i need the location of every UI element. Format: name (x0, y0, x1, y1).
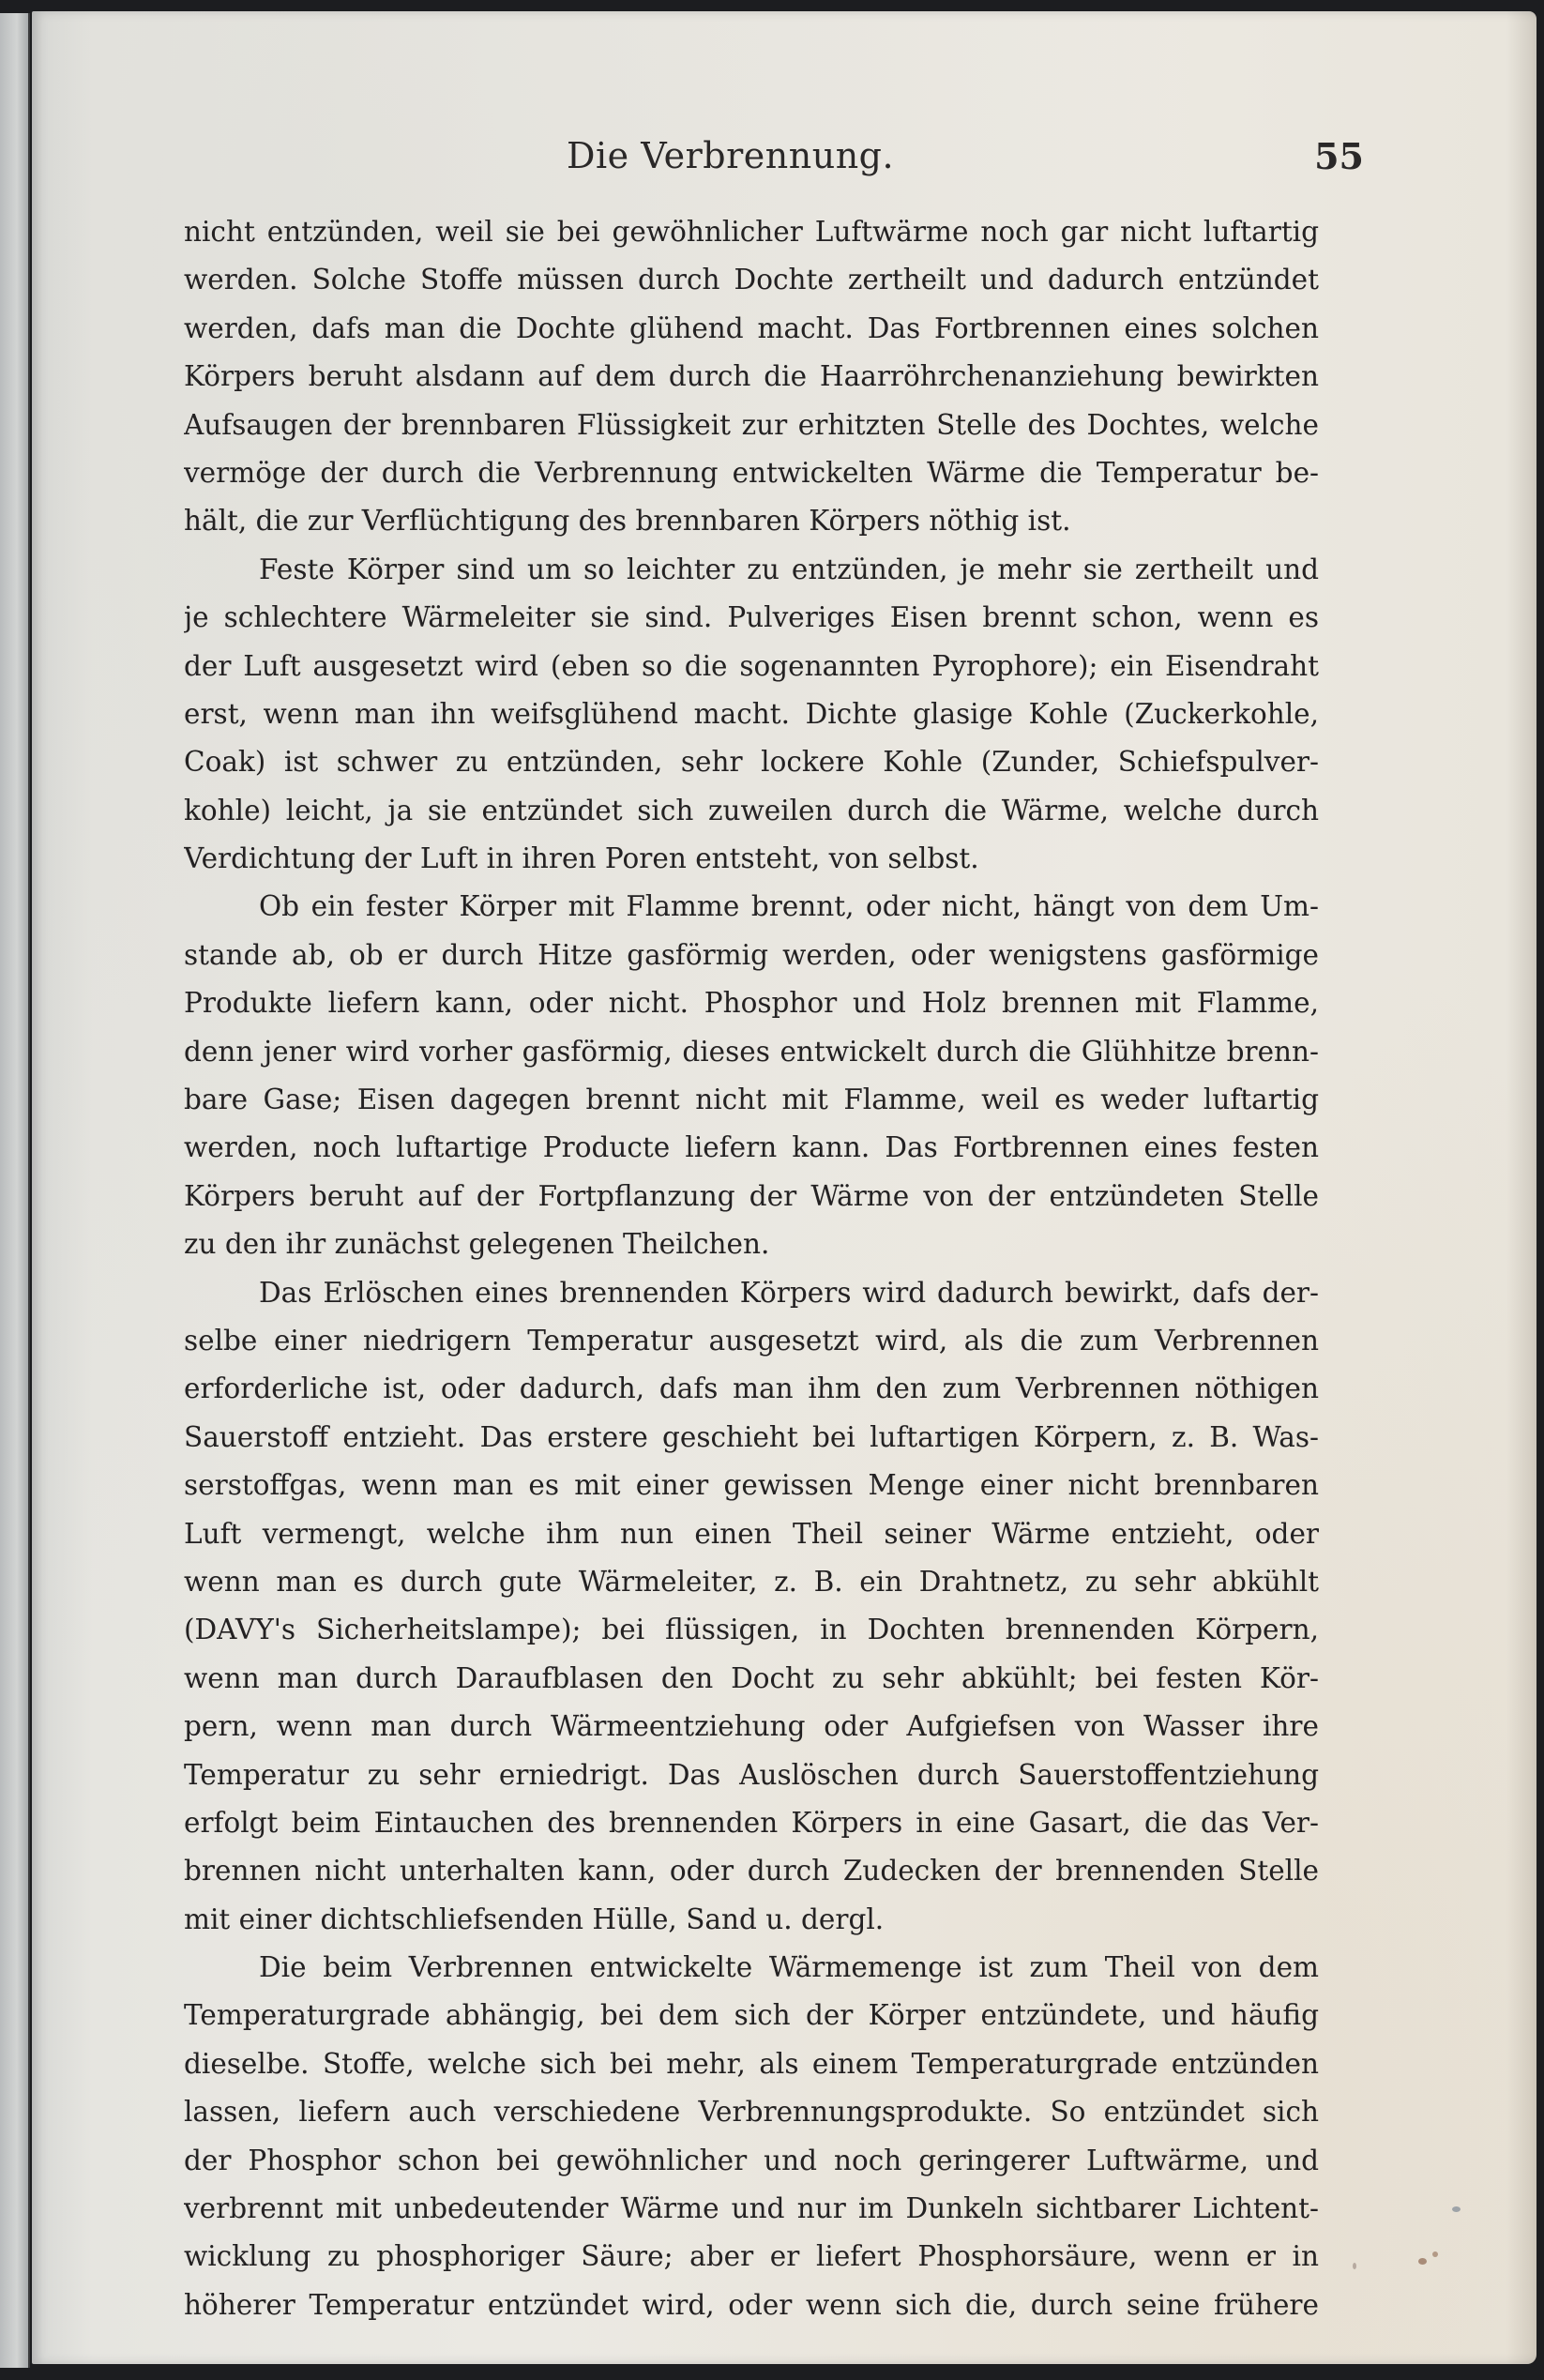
text-line: serstoffgas, wenn man es mit einer gewis… (184, 1462, 1319, 1509)
text-line: erforderliche ist, oder dadurch, dafs ma… (184, 1365, 1319, 1413)
text-line: Coak) ist schwer zu entzünden, sehr lock… (184, 738, 1319, 786)
text-line: selbe einer niedrigern Temperatur ausges… (184, 1317, 1319, 1365)
text-line: Produkte liefern kann, oder nicht. Phosp… (184, 979, 1319, 1027)
text-line: werden, noch luftartige Producte liefern… (184, 1124, 1319, 1172)
text-line: Sauerstoff entzieht. Das erstere geschie… (184, 1414, 1319, 1462)
text-line: erst, wenn man ihn weifsglühend macht. D… (184, 690, 1319, 738)
text-line: lassen, liefern auch verschiedene Verbre… (184, 2088, 1319, 2136)
text-line: Das Erlöschen eines brennenden Körpers w… (184, 1269, 1319, 1317)
text-line: dieselbe. Stoffe, welche sich bei mehr, … (184, 2040, 1319, 2088)
text-line: Luft vermengt, welche ihm nun einen Thei… (184, 1510, 1319, 1558)
paragraph: Die beim Verbrennen entwickelte Wärmemen… (184, 1944, 1319, 2329)
paragraph: Das Erlöschen eines brennenden Körpers w… (184, 1269, 1319, 1944)
scanned-book-spread: Die Verbrennung. 55 nicht entzünden, wei… (0, 0, 1544, 2380)
text-line: verbrennt mit unbedeutender Wärme und nu… (184, 2185, 1319, 2233)
text-line: der Phosphor schon bei gewöhnlicher und … (184, 2137, 1319, 2185)
text-line: werden. Solche Stoffe müssen durch Docht… (184, 256, 1319, 304)
text-line: mit einer dichtschliefsenden Hülle, Sand… (184, 1896, 1319, 1944)
text-line: je schlechtere Wärmeleiter sie sind. Pul… (184, 594, 1319, 642)
paper-stain (1432, 2251, 1438, 2257)
text-line: Verdichtung der Luft in ihren Poren ents… (184, 835, 1319, 883)
text-line: vermöge der durch die Verbrennung entwic… (184, 449, 1319, 497)
text-line: brennen nicht unterhalten kann, oder dur… (184, 1847, 1319, 1895)
text-line: Die beim Verbrennen entwickelte Wärmemen… (184, 1944, 1319, 1992)
text-line: Aufsaugen der brennbaren Flüssigkeit zur… (184, 402, 1319, 449)
paragraph: Feste Körper sind um so leichter zu entz… (184, 546, 1319, 884)
text-line: Körpers beruht auf der Fortpflanzung der… (184, 1173, 1319, 1220)
body-text: nicht entzünden, weil sie bei gewöhnlich… (184, 208, 1319, 2329)
text-line: pern, wenn man durch Wärmeentziehung ode… (184, 1703, 1319, 1751)
text-line: kohle) leicht, ja sie entzündet sich zuw… (184, 787, 1319, 835)
text-line: (DAVY's Sicherheitslampe); bei flüssigen… (184, 1606, 1319, 1654)
text-line: werden, dafs man die Dochte glühend mach… (184, 305, 1319, 353)
paper-stain (1452, 2206, 1461, 2212)
text-line: hält, die zur Verflüchtigung des brennba… (184, 497, 1319, 545)
previous-page-edge (0, 13, 30, 2368)
text-line: Temperaturgrade abhängig, bei dem sich d… (184, 1992, 1319, 2039)
text-line: höherer Temperatur entzündet wird, oder … (184, 2281, 1319, 2329)
paper-stain (1353, 2263, 1356, 2269)
text-line: zu den ihr zunächst gelegenen Theilchen. (184, 1220, 1319, 1268)
text-line: der Luft ausgesetzt wird (eben so die so… (184, 643, 1319, 690)
text-line: wenn man durch Daraufblasen den Docht zu… (184, 1655, 1319, 1703)
text-line: stande ab, ob er durch Hitze gasförmig w… (184, 932, 1319, 979)
text-line: Körpers beruht alsdann auf dem durch die… (184, 353, 1319, 401)
text-line: wicklung zu phosphoriger Säure; aber er … (184, 2233, 1319, 2281)
paragraph: Ob ein fester Körper mit Flamme brennt, … (184, 883, 1319, 1268)
text-line: Temperatur zu sehr erniedrigt. Das Auslö… (184, 1751, 1319, 1799)
text-line: erfolgt beim Eintauchen des brennenden K… (184, 1799, 1319, 1847)
text-line: Ob ein fester Körper mit Flamme brennt, … (184, 883, 1319, 931)
text-line: wenn man es durch gute Wärmeleiter, z. B… (184, 1558, 1319, 1606)
running-head: Die Verbrennung. 55 (567, 135, 1364, 191)
text-line: bare Gase; Eisen dagegen brennt nicht mi… (184, 1076, 1319, 1124)
text-line: denn jener wird vorher gasförmig, dieses… (184, 1028, 1319, 1076)
page-number: 55 (1314, 135, 1364, 177)
paragraph: nicht entzünden, weil sie bei gewöhnlich… (184, 208, 1319, 546)
text-line: nicht entzünden, weil sie bei gewöhnlich… (184, 208, 1319, 256)
running-title: Die Verbrennung. (567, 135, 894, 176)
paper-stain (1418, 2258, 1427, 2265)
text-line: Feste Körper sind um so leichter zu entz… (184, 546, 1319, 594)
